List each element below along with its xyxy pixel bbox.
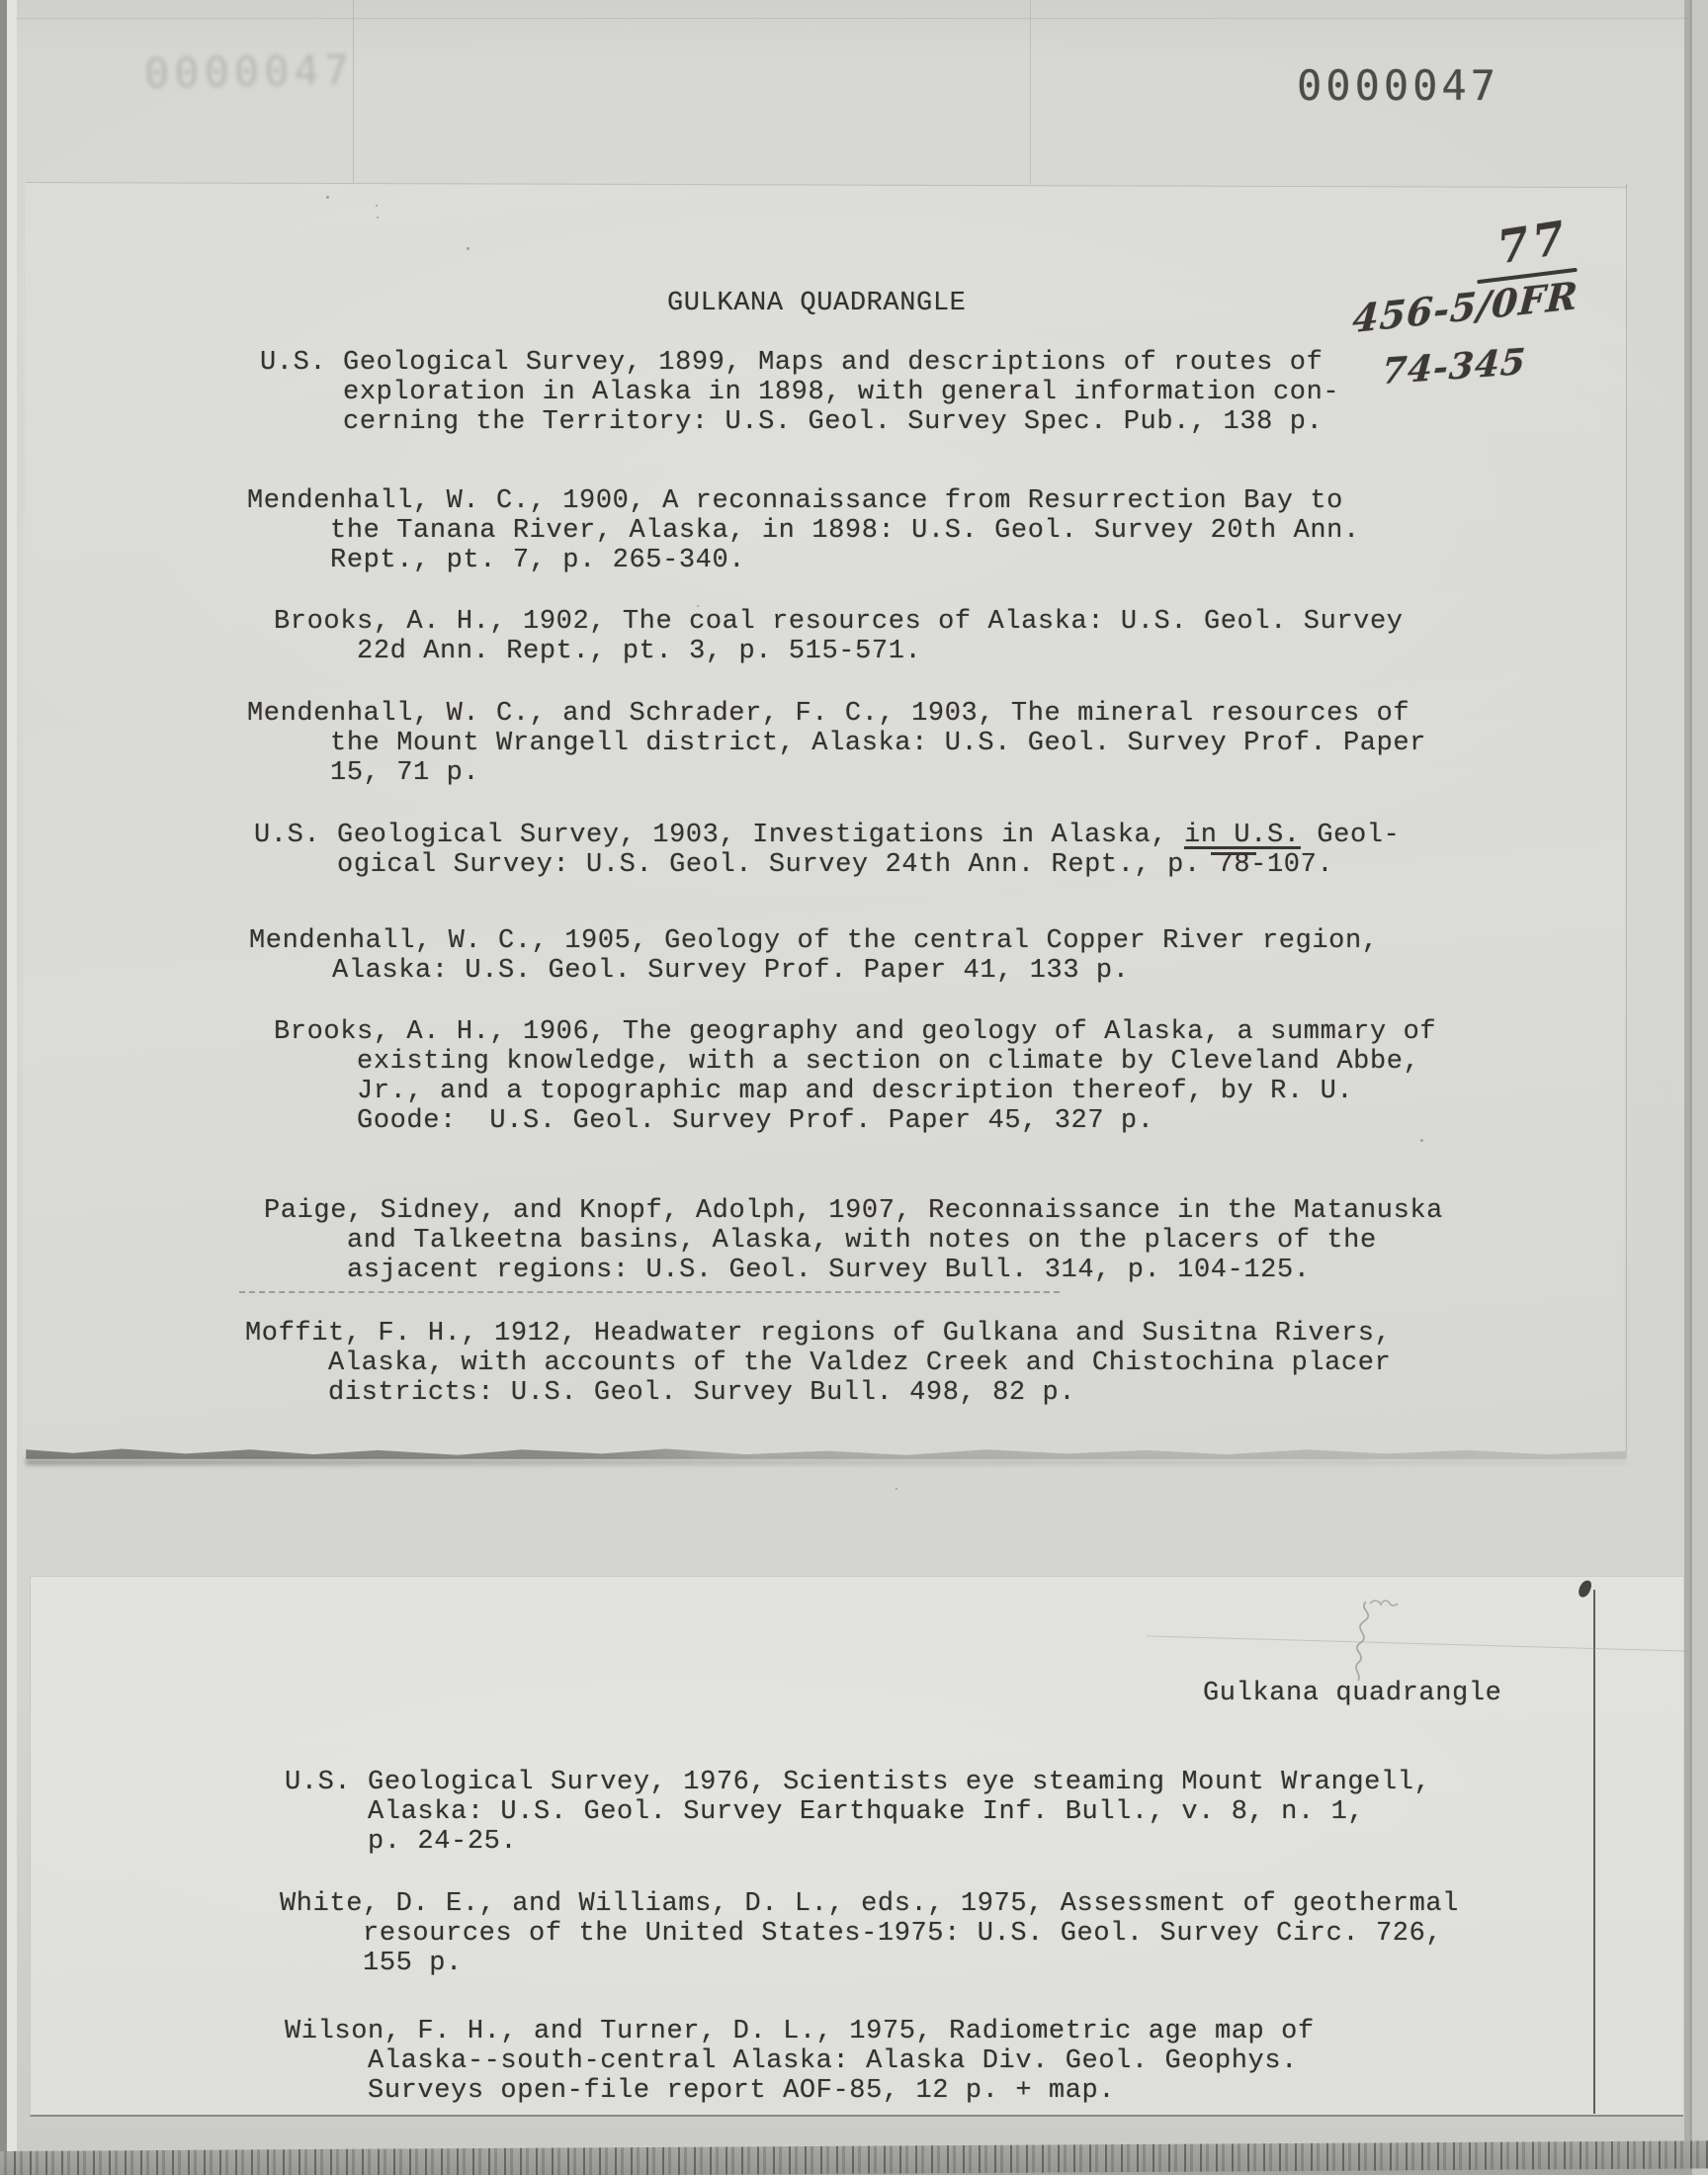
- sheet-1-right-edge: [1626, 184, 1627, 1451]
- ink-speck: [376, 205, 378, 207]
- bibliography-entry: White, D. E., and Williams, D. L., eds.,…: [280, 1889, 1459, 1978]
- ink-speck: [697, 605, 699, 607]
- carrier-right-edge-line: [1684, 0, 1689, 2155]
- ink-speck: [467, 247, 470, 250]
- ghost-stamp-number: 0000047: [144, 45, 355, 98]
- sheet-1-edge-shadow: [26, 1459, 1627, 1465]
- bibliography-entry: Brooks, A. H., 1902, The coal resources …: [274, 607, 1404, 666]
- bibliography-entry: Paige, Sidney, and Knopf, Adolph, 1907, …: [264, 1196, 1443, 1285]
- section-1-title: GULKANA QUADRANGLE: [667, 289, 966, 318]
- scan-left-light-sliver: [7, 0, 17, 2175]
- sheet-2-vertical-crease: [1593, 1590, 1595, 2114]
- stamp-number: 0000047: [1297, 61, 1499, 110]
- typed-underline-in-us: [1184, 846, 1301, 849]
- ink-speck: [326, 196, 329, 199]
- handwritten-number-77: 77: [1494, 211, 1573, 275]
- bibliography-entry: Mendenhall, W. C., 1905, Geology of the …: [249, 926, 1379, 986]
- scan-right-outer-edge: [1692, 0, 1708, 2175]
- ink-speck: [896, 1488, 897, 1490]
- bibliography-entry: U.S. Geological Survey, 1899, Maps and d…: [260, 348, 1339, 437]
- ink-speck: [377, 217, 379, 218]
- typed-overline-mark: [1211, 852, 1256, 855]
- scan-left-dark-edge: [0, 0, 7, 2175]
- bibliography-entry: U.S. Geological Survey, 1976, Scientists…: [285, 1768, 1430, 1857]
- ink-speck: [1420, 1139, 1423, 1142]
- bibliography-entry: Moffit, F. H., 1912, Headwater regions o…: [245, 1319, 1391, 1408]
- pencil-squiggle-mark: [1324, 1594, 1404, 1689]
- bibliography-entry: Mendenhall, W. C., 1900, A reconnaissanc…: [247, 486, 1360, 575]
- bibliography-entry: Mendenhall, W. C., and Schrader, F. C., …: [247, 699, 1426, 788]
- section-2-heading: Gulkana quadrangle: [1203, 1679, 1501, 1708]
- carrier-vertical-crease-2: [1030, 0, 1031, 184]
- scanned-document-page: 0000047 0000047 77 456-5/0FR 74-345 GULK…: [0, 0, 1708, 2175]
- bibliography-entry: Wilson, F. H., and Turner, D. L., 1975, …: [285, 2017, 1315, 2106]
- carrier-top-crease: [16, 18, 1688, 19]
- bibliography-entry: U.S. Geological Survey, 1903, Investigat…: [254, 821, 1400, 880]
- pencil-dashed-underline: [239, 1291, 1060, 1293]
- bibliography-entry: Brooks, A. H., 1906, The geography and g…: [274, 1017, 1436, 1136]
